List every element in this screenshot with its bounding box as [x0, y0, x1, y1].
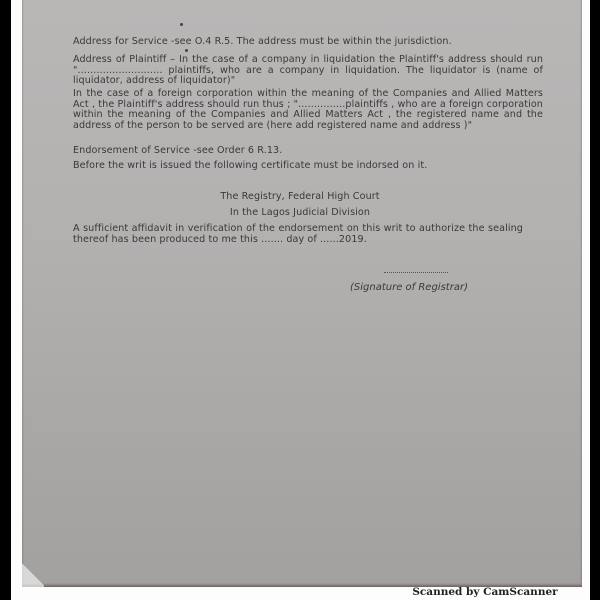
speck	[185, 49, 188, 52]
address-of-plaintiff-paragraph: Address of Plaintiff – In the case of a …	[73, 55, 543, 87]
registry-heading: The Registry, Federal High Court	[160, 192, 440, 203]
certificate-text: A sufficient affidavit in verification o…	[73, 224, 523, 245]
signature-label: (Signature of Registrar)	[350, 282, 468, 293]
camscanner-watermark: Scanned by CamScanner	[380, 586, 590, 598]
division-heading: In the Lagos Judicial Division	[160, 208, 440, 219]
speck	[180, 23, 183, 26]
signature-line	[384, 272, 448, 273]
foreign-corporation-paragraph: In the case of a foreign corporation wit…	[73, 89, 543, 131]
certificate-instruction-paragraph: Before the writ is issued the following …	[73, 161, 543, 172]
address-for-service-paragraph: Address for Service -see O.4 R.5. The ad…	[73, 37, 543, 48]
endorsement-of-service-paragraph: Endorsement of Service -see Order 6 R.13…	[73, 146, 543, 157]
